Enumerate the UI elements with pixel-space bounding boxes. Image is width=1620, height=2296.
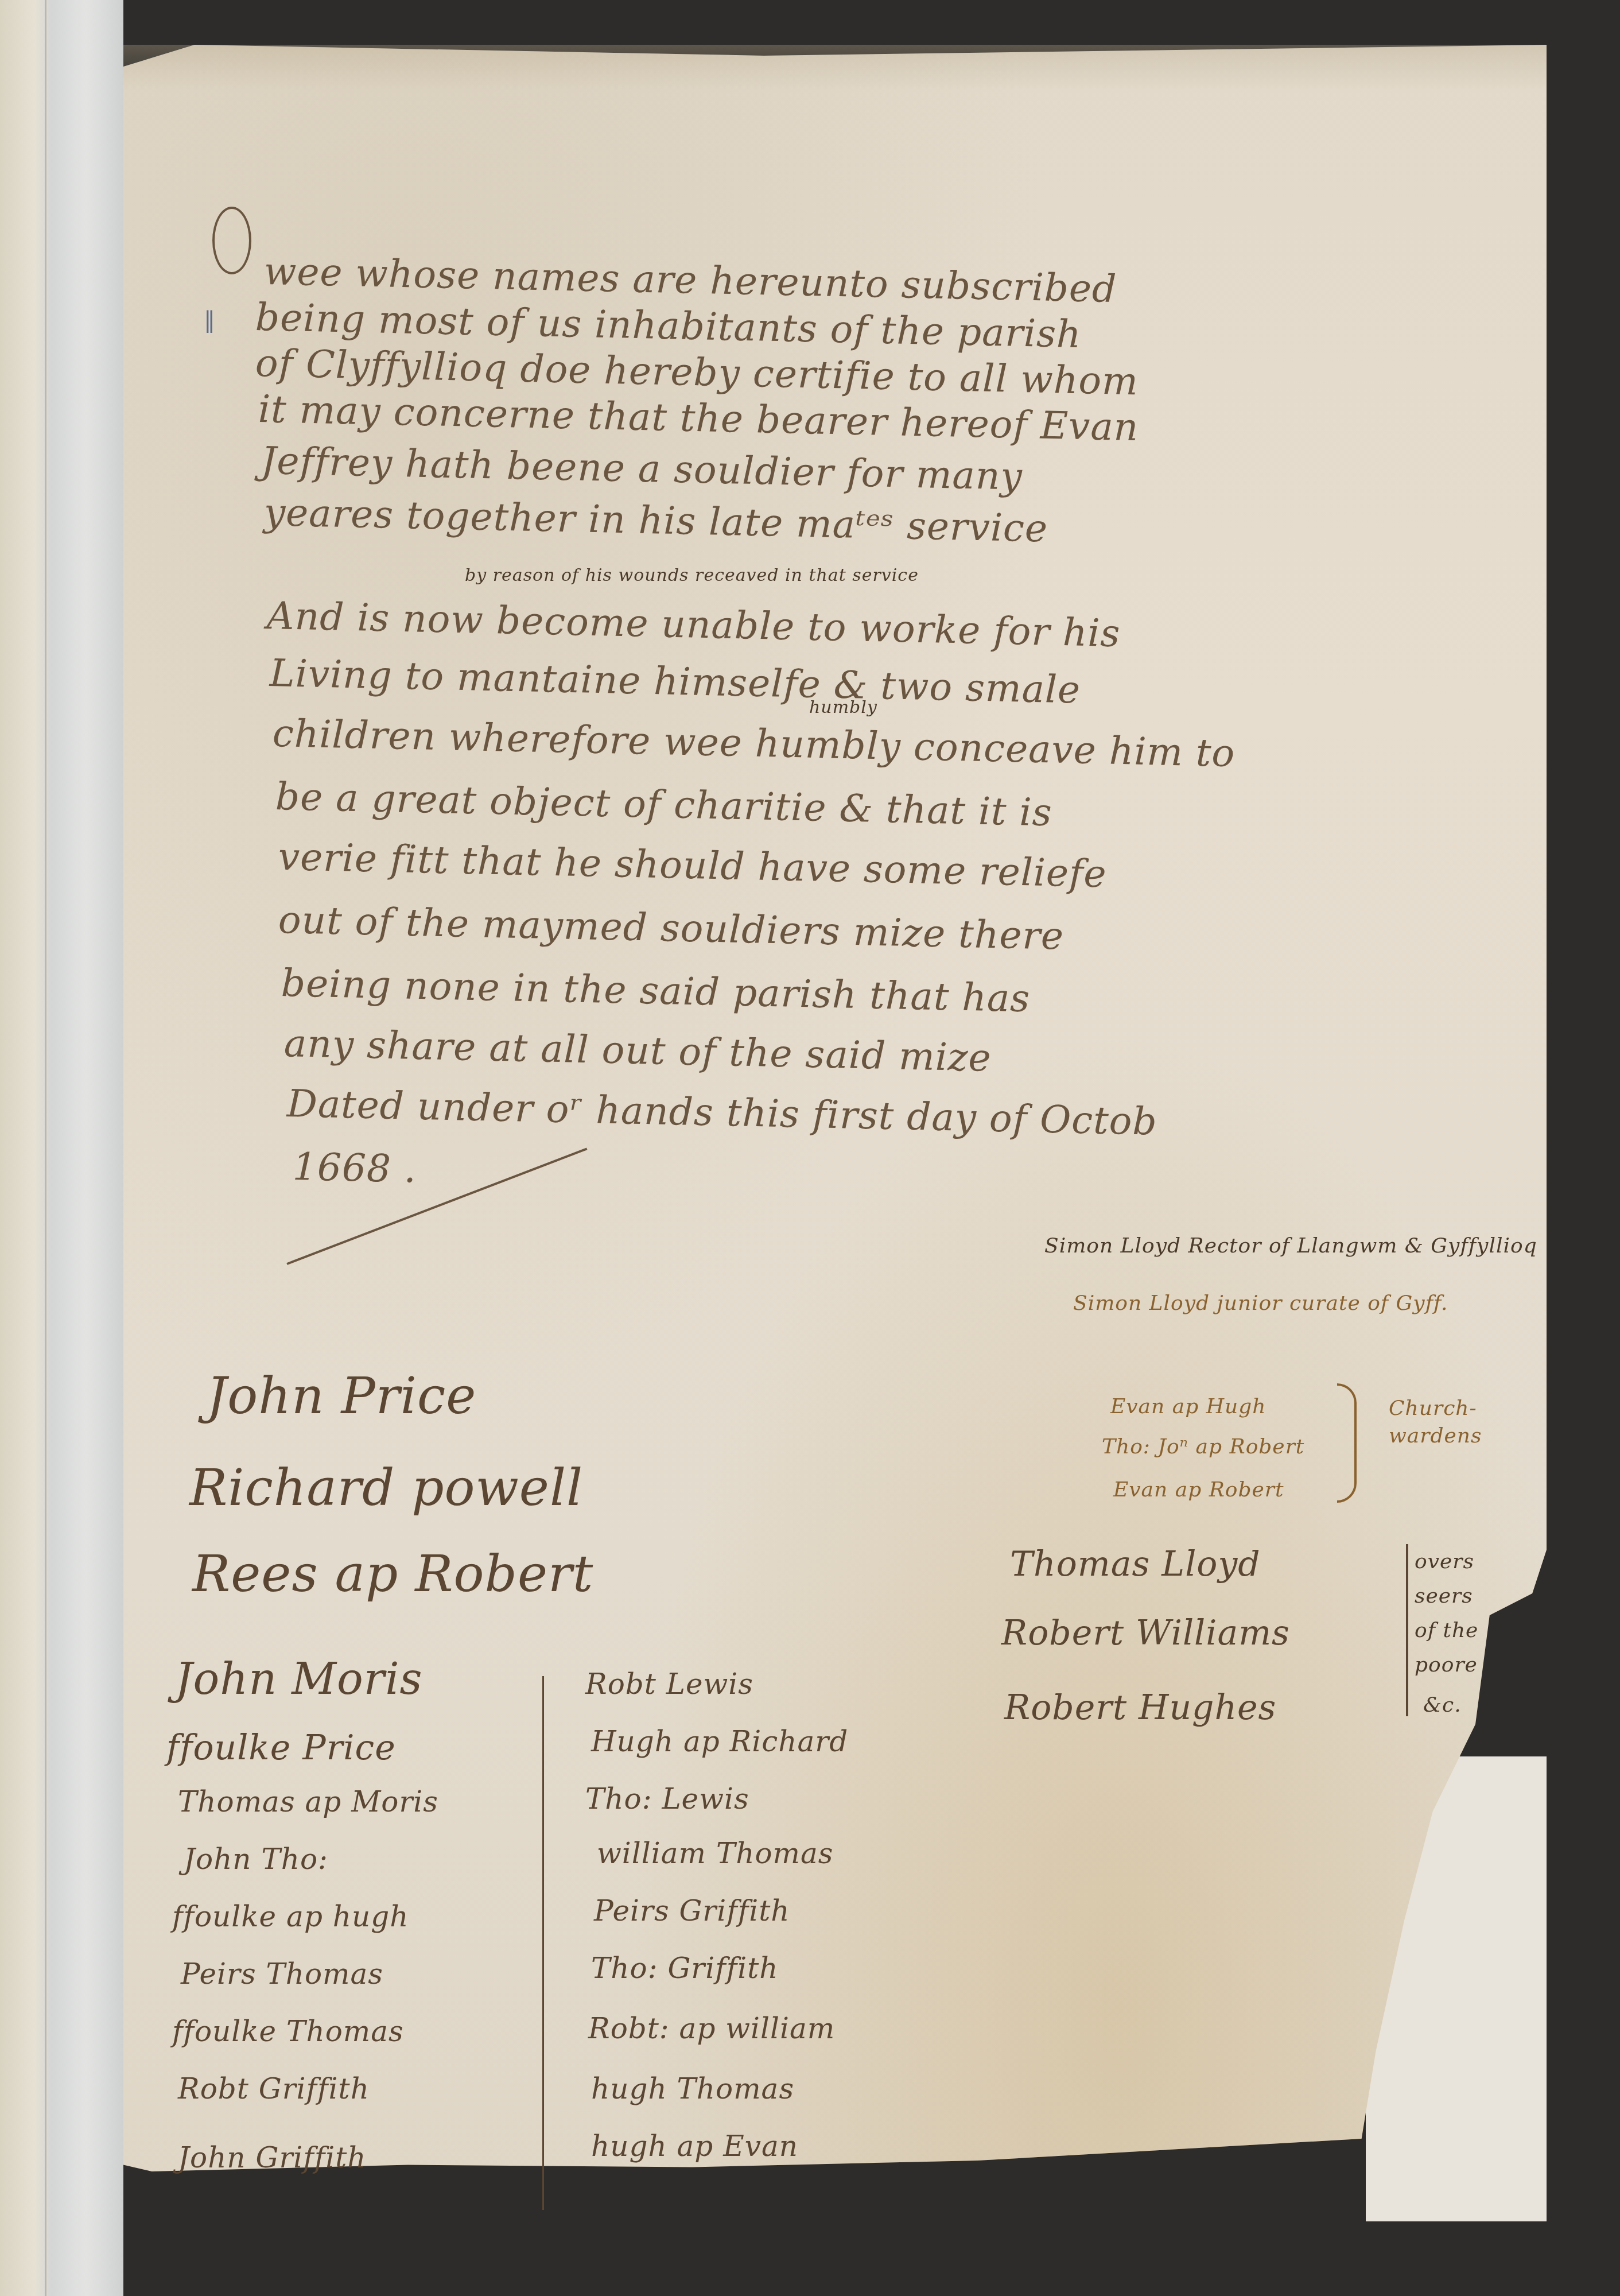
signature: Richard powell (189, 1458, 583, 1517)
interlinear-addition-wounds: by reason of his wounds receaved in that… (465, 565, 919, 585)
signature: Robt Lewis (585, 1667, 753, 1701)
signature: Rees ap Robert (192, 1544, 593, 1603)
interlinear-addition-humbly: humbly (809, 697, 877, 717)
churchwarden-signature: Tho: Joⁿ ap Robert (1102, 1435, 1304, 1459)
overseer-signature: Thomas Lloyd (1010, 1544, 1261, 1584)
mount-background-right (1547, 0, 1620, 2296)
margin-mark: ‖ (204, 307, 215, 333)
signature: william Thomas (597, 1837, 833, 1870)
signature: ffoulke ap hugh (172, 1900, 409, 1933)
overseers-label-line: of the (1415, 1619, 1478, 1642)
signature: ffoulke Thomas (172, 2015, 404, 2048)
signature-curate: Simon Lloyd junior curate of Gyff. (1073, 1291, 1448, 1315)
churchwarden-signature: Evan ap Hugh (1110, 1395, 1266, 1418)
overseers-label-line: seers (1415, 1584, 1473, 1608)
date-year: 1668 . (292, 1148, 417, 1189)
overseers-label-line: poore (1415, 1653, 1478, 1677)
signature: John Moris (175, 1653, 423, 1704)
signature: hugh ap Evan (591, 2130, 798, 2163)
churchwardens-label: Church-wardens (1389, 1395, 1504, 1450)
signature: Robt Griffith (178, 2072, 370, 2105)
page-stack-edge (0, 0, 123, 2296)
overseer-signature: Robert Hughes (1004, 1688, 1276, 1728)
page-stack-line (45, 0, 46, 2296)
signature: Thomas ap Moris (178, 1785, 438, 1818)
signature: John Tho: (184, 1843, 328, 1876)
signature: Peirs Griffith (594, 1894, 790, 1927)
signature: John Price (207, 1366, 476, 1425)
signature: John Griffith (178, 2141, 367, 2174)
signature: Peirs Thomas (181, 1957, 383, 1991)
mount-background-top (123, 0, 1620, 52)
signature: Hugh ap Richard (591, 1725, 848, 1758)
signature: Tho: Griffith (591, 1952, 779, 1985)
overseers-label-line: &c. (1423, 1693, 1462, 1717)
mount-background-bottom (123, 2221, 1620, 2296)
signature: ffoulke Price (166, 1728, 396, 1768)
overseers-bracket (1406, 1544, 1408, 1716)
overseer-signature: Robert Williams (1001, 1613, 1290, 1653)
signature: hugh Thomas (591, 2072, 794, 2105)
signature-rector: Simon Lloyd Rector of Llangwm & Gyffylli… (1044, 1234, 1537, 1258)
column-divider (542, 1676, 544, 2210)
paper-top-fold (123, 45, 1547, 91)
churchwardens-brace (1337, 1383, 1357, 1503)
churchwarden-signature: Evan ap Robert (1113, 1478, 1284, 1502)
signature: Tho: Lewis (585, 1782, 749, 1816)
initial-w-flourish (212, 207, 251, 274)
signature: Robt: ap william (588, 2012, 835, 2045)
overseers-label-line: overs (1415, 1550, 1474, 1573)
